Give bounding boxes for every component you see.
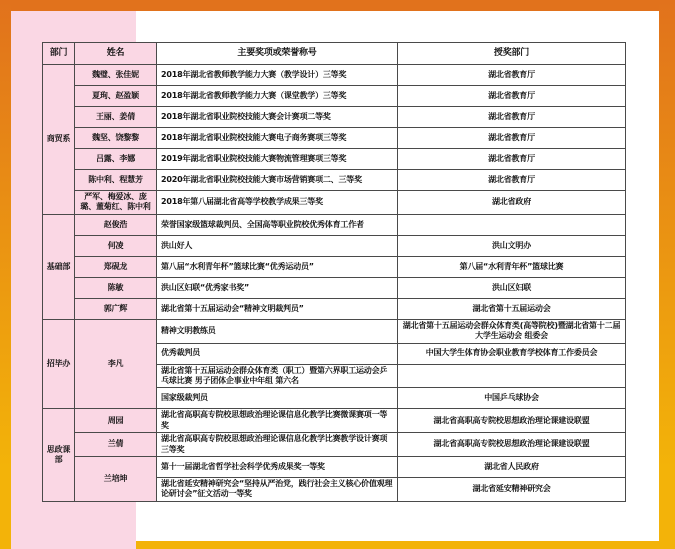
- award-cell: 湖北省高职高专院校思想政治理论课信息化教学比赛教学设计赛项三等奖: [157, 433, 398, 457]
- issuer-cell: 中国大学生体育协会职业教育学校体育工作委员会: [398, 343, 626, 364]
- table-row: 夏珣、赵盈颖2018年湖北省教师教学能力大赛（课堂教学）三等奖湖北省教育厅: [43, 86, 626, 107]
- issuer-cell: 湖北省教育厅: [398, 170, 626, 191]
- award-cell: 2018年湖北省教师教学能力大赛（教学设计）三等奖: [157, 65, 398, 86]
- name-cell: 兰培坤: [75, 456, 157, 501]
- department-cell: 招毕办: [43, 319, 75, 409]
- name-cell: 陈敏: [75, 277, 157, 298]
- name-cell: 王丽、姜倩: [75, 107, 157, 128]
- award-cell: 精神文明教练员: [157, 319, 398, 343]
- slide-frame-left: [0, 0, 11, 549]
- table-header-row: 部门 姓名 主要奖项或荣誉称号 授奖部门: [43, 43, 626, 65]
- award-cell: 优秀裁判员: [157, 343, 398, 364]
- award-cell: 2018年湖北省职业院校技能大赛会计赛项二等奖: [157, 107, 398, 128]
- name-cell: 严军、梅爱冰、庞璐、董菊红、陈中利: [75, 191, 157, 215]
- award-cell: 2018年第八届湖北省高等学校教学成果三等奖: [157, 191, 398, 215]
- award-cell: 第十一届湖北省哲学社会科学优秀成果奖一等奖: [157, 456, 398, 477]
- issuer-cell: 湖北省教育厅: [398, 65, 626, 86]
- slide-frame-top: [0, 0, 675, 11]
- issuer-cell: 湖北省第十五届运动会群众体育类(高等院校)暨湖北省第十二届大学生运动会 组委会: [398, 319, 626, 343]
- issuer-cell: 第八届“水利青年杯”篮球比赛: [398, 256, 626, 277]
- award-cell: 2018年湖北省教师教学能力大赛（课堂教学）三等奖: [157, 86, 398, 107]
- award-cell: 荣誉国家级篮球裁判员、全国高等职业院校优秀体育工作者: [157, 214, 398, 235]
- table-row: 严军、梅爱冰、庞璐、董菊红、陈中利2018年第八届湖北省高等学校教学成果三等奖湖…: [43, 191, 626, 215]
- name-cell: 陈中利、程慧芳: [75, 170, 157, 191]
- table-row: 吕露、李娜2019年湖北省职业院校技能大赛物流管理赛项三等奖湖北省教育厅: [43, 149, 626, 170]
- issuer-cell: 湖北省延安精神研究会: [398, 477, 626, 501]
- award-cell: 湖北省高职高专院校思想政治理论课信息化教学比赛微课赛项一等奖: [157, 409, 398, 433]
- name-cell: 夏珣、赵盈颖: [75, 86, 157, 107]
- name-cell: 郑砚龙: [75, 256, 157, 277]
- name-cell: 赵俊浩: [75, 214, 157, 235]
- issuer-cell: [398, 214, 626, 235]
- header-name: 姓名: [75, 43, 157, 65]
- table-row: 何凌洪山好人洪山文明办: [43, 235, 626, 256]
- award-cell: 湖北省第十五届运动会“精神文明裁判员”: [157, 298, 398, 319]
- table-row: 陈中利、程慧芳2020年湖北省职业院校技能大赛市场营销赛项二、三等奖湖北省教育厅: [43, 170, 626, 191]
- department-cell: 商贸系: [43, 65, 75, 215]
- table-row: 陈敏洪山区妇联“优秀家书奖”洪山区妇联: [43, 277, 626, 298]
- name-cell: 何凌: [75, 235, 157, 256]
- issuer-cell: 洪山文明办: [398, 235, 626, 256]
- issuer-cell: 湖北省第十五届运动会: [398, 298, 626, 319]
- awards-table: 部门 姓名 主要奖项或荣誉称号 授奖部门 商贸系魏璧、张佳妮2018年湖北省教师…: [42, 42, 626, 502]
- issuer-cell: 湖北省教育厅: [398, 149, 626, 170]
- awards-table-body: 商贸系魏璧、张佳妮2018年湖北省教师教学能力大赛（教学设计）三等奖湖北省教育厅…: [43, 65, 626, 502]
- name-cell: 李凡: [75, 319, 157, 409]
- name-cell: 吕露、李娜: [75, 149, 157, 170]
- issuer-cell: 湖北省高职高专院校思想政治理论课建设联盟: [398, 409, 626, 433]
- slide-frame-right: [659, 0, 675, 549]
- table-row: 兰培坤第十一届湖北省哲学社会科学优秀成果奖一等奖湖北省人民政府: [43, 456, 626, 477]
- award-cell: 2019年湖北省职业院校技能大赛物流管理赛项三等奖: [157, 149, 398, 170]
- table-row: 郭广辉湖北省第十五届运动会“精神文明裁判员”湖北省第十五届运动会: [43, 298, 626, 319]
- award-cell: 国家级裁判员: [157, 388, 398, 409]
- issuer-cell: 洪山区妇联: [398, 277, 626, 298]
- table-row: 郑砚龙第八届“水利青年杯”篮球比赛“优秀运动员”第八届“水利青年杯”篮球比赛: [43, 256, 626, 277]
- table-row: 王丽、姜倩2018年湖北省职业院校技能大赛会计赛项二等奖湖北省教育厅: [43, 107, 626, 128]
- award-cell: 湖北省延安精神研究会“坚持从严治党，践行社会主义核心价值观理论研讨会”征文活动一…: [157, 477, 398, 501]
- header-award: 主要奖项或荣誉称号: [157, 43, 398, 65]
- table-row: 基础部赵俊浩荣誉国家级篮球裁判员、全国高等职业院校优秀体育工作者: [43, 214, 626, 235]
- name-cell: 魏坚、饶黎黎: [75, 128, 157, 149]
- issuer-cell: 湖北省政府: [398, 191, 626, 215]
- award-cell: 第八届“水利青年杯”篮球比赛“优秀运动员”: [157, 256, 398, 277]
- department-cell: 思政课部: [43, 409, 75, 501]
- award-cell: 洪山好人: [157, 235, 398, 256]
- header-issuer: 授奖部门: [398, 43, 626, 65]
- issuer-cell: 湖北省人民政府: [398, 456, 626, 477]
- award-cell: 2018年湖北省职业院校技能大赛电子商务赛项三等奖: [157, 128, 398, 149]
- issuer-cell: 湖北省高职高专院校思想政治理论课建设联盟: [398, 433, 626, 457]
- table-row: 招毕办李凡精神文明教练员湖北省第十五届运动会群众体育类(高等院校)暨湖北省第十二…: [43, 319, 626, 343]
- issuer-cell: 湖北省教育厅: [398, 86, 626, 107]
- table-row: 魏坚、饶黎黎2018年湖北省职业院校技能大赛电子商务赛项三等奖湖北省教育厅: [43, 128, 626, 149]
- department-cell: 基础部: [43, 214, 75, 319]
- award-cell: 2020年湖北省职业院校技能大赛市场营销赛项二、三等奖: [157, 170, 398, 191]
- header-department: 部门: [43, 43, 75, 65]
- name-cell: 兰倩: [75, 433, 157, 457]
- issuer-cell: 中国乒乓球协会: [398, 388, 626, 409]
- table-row: 思政课部周园湖北省高职高专院校思想政治理论课信息化教学比赛微课赛项一等奖湖北省高…: [43, 409, 626, 433]
- award-cell: 湖北省第十五届运动会群众体育类（职工）暨第六界职工运动会乒乓球比赛 男子团体企事…: [157, 364, 398, 388]
- issuer-cell: 湖北省教育厅: [398, 128, 626, 149]
- table-row: 兰倩湖北省高职高专院校思想政治理论课信息化教学比赛教学设计赛项三等奖湖北省高职高…: [43, 433, 626, 457]
- name-cell: 郭广辉: [75, 298, 157, 319]
- issuer-cell: 湖北省教育厅: [398, 107, 626, 128]
- issuer-cell: [398, 364, 626, 388]
- award-cell: 洪山区妇联“优秀家书奖”: [157, 277, 398, 298]
- name-cell: 魏璧、张佳妮: [75, 65, 157, 86]
- name-cell: 周园: [75, 409, 157, 433]
- table-row: 商贸系魏璧、张佳妮2018年湖北省教师教学能力大赛（教学设计）三等奖湖北省教育厅: [43, 65, 626, 86]
